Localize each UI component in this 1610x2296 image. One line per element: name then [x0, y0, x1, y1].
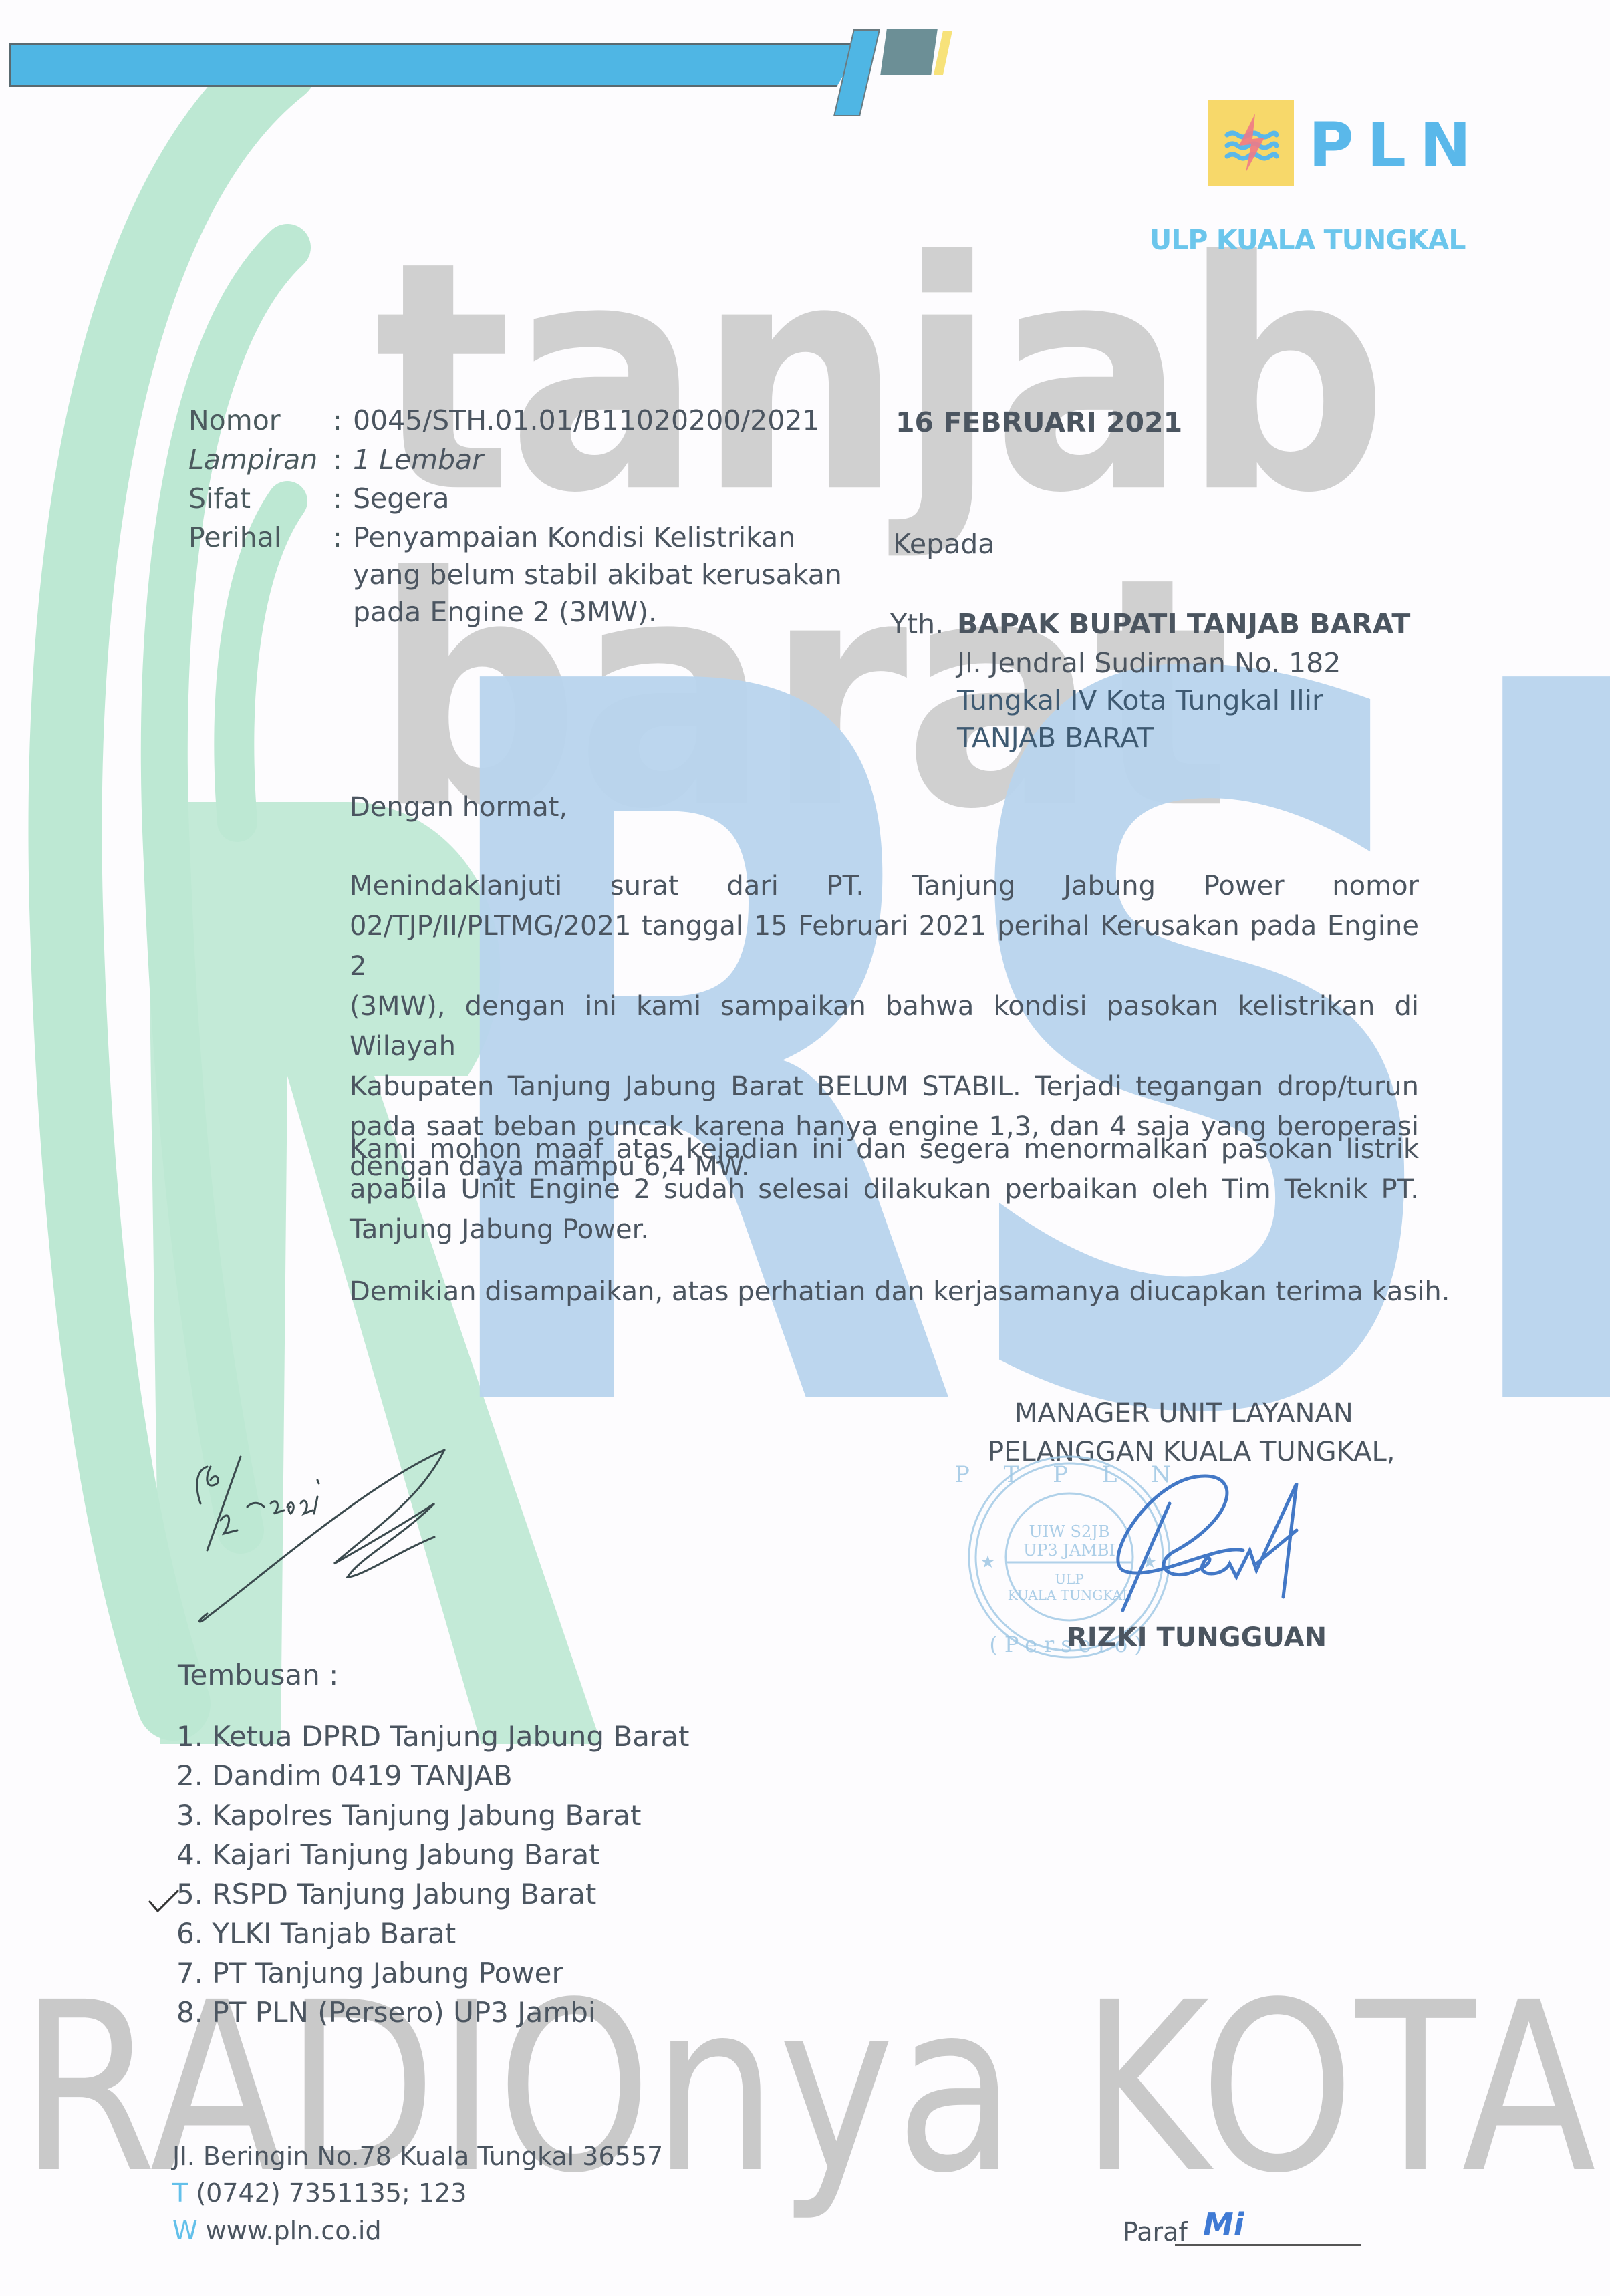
lampiran-label: Lampiran	[188, 444, 317, 476]
footer-web: W www.pln.co.id	[172, 2216, 382, 2245]
yth-label: Yth.	[890, 608, 944, 640]
perihal-line: Penyampaian Kondisi Kelistrikan	[353, 521, 795, 553]
closing-line: Demikian disampaikan, atas perhatian dan…	[350, 1276, 1450, 1307]
colon: :	[333, 444, 342, 476]
sifat-label: Sifat	[188, 482, 251, 515]
footer-phone: T (0742) 7351135; 123	[172, 2178, 466, 2208]
sifat-value: Segera	[353, 482, 449, 515]
svg-text:ULP: ULP	[1055, 1571, 1084, 1587]
recipient-name: BAPAK BUPATI TANJAB BARAT	[957, 608, 1410, 640]
cc-item: 3. Kapolres Tanjung Jabung Barat	[176, 1799, 641, 1832]
nomor-label: Nomor	[188, 404, 281, 436]
signatory-title: MANAGER UNIT LAYANAN	[1015, 1398, 1353, 1429]
cc-item: 7. PT Tanjung Jabung Power	[176, 1957, 563, 1989]
cc-item: 1. Ketua DPRD Tanjung Jabung Barat	[176, 1720, 689, 1753]
letter-date: 16 FEBRUARI 2021	[896, 406, 1182, 438]
kepada-label: Kepada	[893, 528, 994, 560]
paragraph-line: Kami mohon maaf atas kejadian ini dan se…	[350, 1129, 1419, 1169]
paragraph-line: Tanjung Jabung Power.	[350, 1209, 1419, 1250]
lampiran-value: 1 Lembar	[353, 444, 483, 476]
salutation: Dengan hormat,	[350, 792, 567, 823]
banner-gray-block	[880, 29, 938, 75]
pln-brand-text: PLN	[1309, 112, 1484, 179]
cc-item: 8. PT PLN (Persero) UP3 Jambi	[176, 1996, 596, 2029]
pln-logo-icon	[1208, 100, 1294, 186]
web-url: www.pln.co.id	[206, 2216, 382, 2245]
perihal-line: pada Engine 2 (3MW).	[353, 596, 657, 628]
phone-number: (0742) 7351135; 123	[196, 2178, 466, 2208]
paragraph-line: (3MW), dengan ini kami sampaikan bahwa k…	[350, 986, 1419, 1066]
colon: :	[333, 404, 342, 436]
nomor-value: 0045/STH.01.01/B11020200/2021	[353, 404, 820, 436]
cc-item: 2. Dandim 0419 TANJAB	[176, 1759, 513, 1792]
paragraph-line: Kabupaten Tanjung Jabung Barat BELUM STA…	[350, 1066, 1419, 1107]
unit-name: ULP KUALA TUNGKAL	[1150, 224, 1466, 256]
manager-signature-icon	[1096, 1463, 1337, 1630]
paraf-underline	[1175, 2244, 1361, 2246]
tembusan-label: Tembusan :	[178, 1659, 338, 1691]
paraf-initials: Mi	[1203, 2206, 1244, 2243]
svg-text:★: ★	[980, 1552, 995, 1572]
checkmark-icon	[147, 1888, 180, 1915]
cc-item: 4. Kajari Tanjung Jabung Barat	[176, 1838, 600, 1871]
phone-key: T	[172, 2178, 188, 2208]
recipient-address-line: Tungkal IV Kota Tungkal Ilir	[957, 684, 1323, 716]
perihal-line: yang belum stabil akibat kerusakan	[353, 559, 842, 591]
paragraph-line: 02/TJP/II/PLTMG/2021 tanggal 15 Februari…	[350, 906, 1419, 986]
recipient-address-line: TANJAB BARAT	[957, 722, 1154, 754]
paragraph-line: Menindaklanjuti surat dari PT. Tanjung J…	[350, 866, 1419, 906]
paragraph-line: apabila Unit Engine 2 sudah selesai dila…	[350, 1169, 1419, 1209]
paraf-label: Paraf	[1123, 2217, 1188, 2247]
banner-yellow-stripe	[934, 31, 952, 75]
web-key: W	[172, 2216, 198, 2245]
colon: :	[333, 521, 342, 553]
cc-item: 6. YLKI Tanjab Barat	[176, 1917, 456, 1950]
banner-bar	[9, 43, 862, 87]
handwritten-disposition-icon	[180, 1443, 515, 1630]
paragraph-2: Kami mohon maaf atas kejadian ini dan se…	[350, 1129, 1419, 1250]
signatory-name: RIZKI TUNGGUAN	[1067, 1622, 1327, 1653]
perihal-label: Perihal	[188, 521, 281, 553]
recipient-address-line: Jl. Jendral Sudirman No. 182	[957, 647, 1341, 679]
footer-address: Jl. Beringin No.78 Kuala Tungkal 36557	[172, 2142, 663, 2171]
cc-item-checked: 5. RSPD Tanjung Jabung Barat	[176, 1878, 596, 1910]
colon: :	[333, 482, 342, 515]
